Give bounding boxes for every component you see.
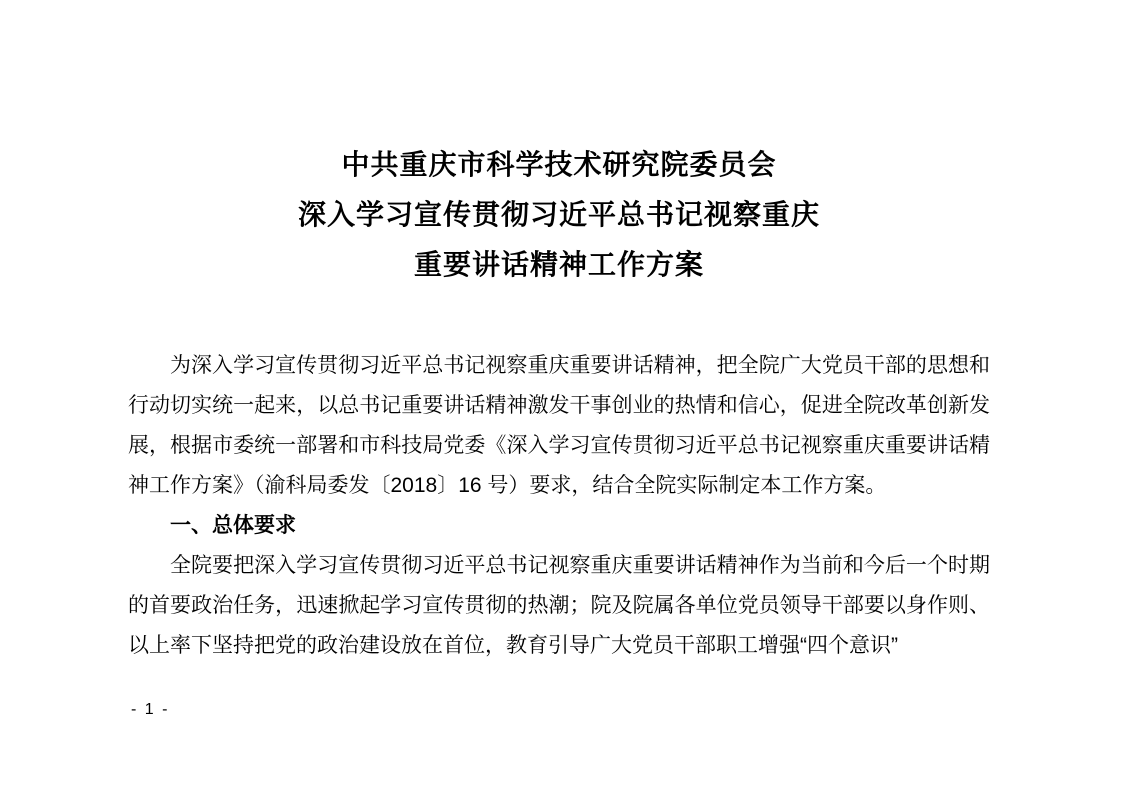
title-line: 重要讲话精神工作方案 [128, 240, 990, 290]
document-page: 中共重庆市科学技术研究院委员会深入学习宣传贯彻习近平总书记视察重庆重要讲话精神工… [0, 0, 1122, 793]
document-content: 中共重庆市科学技术研究院委员会深入学习宣传贯彻习近平总书记视察重庆重要讲话精神工… [128, 140, 990, 666]
body-paragraph: 为深入学习宣传贯彻习近平总书记视察重庆重要讲话精神，把全院广大党员干部的思想和行… [128, 346, 990, 506]
title-line: 中共重庆市科学技术研究院委员会 [128, 140, 990, 190]
section-heading: 一、总体要求 [128, 506, 990, 546]
document-title: 中共重庆市科学技术研究院委员会深入学习宣传贯彻习近平总书记视察重庆重要讲话精神工… [128, 140, 990, 290]
title-line: 深入学习宣传贯彻习近平总书记视察重庆 [128, 190, 990, 240]
body-paragraph: 全院要把深入学习宣传贯彻习近平总书记视察重庆重要讲话精神作为当前和今后一个时期的… [128, 546, 990, 666]
paragraph-container: 为深入学习宣传贯彻习近平总书记视察重庆重要讲话精神，把全院广大党员干部的思想和行… [128, 346, 990, 666]
page-number: - 1 - [131, 699, 169, 721]
